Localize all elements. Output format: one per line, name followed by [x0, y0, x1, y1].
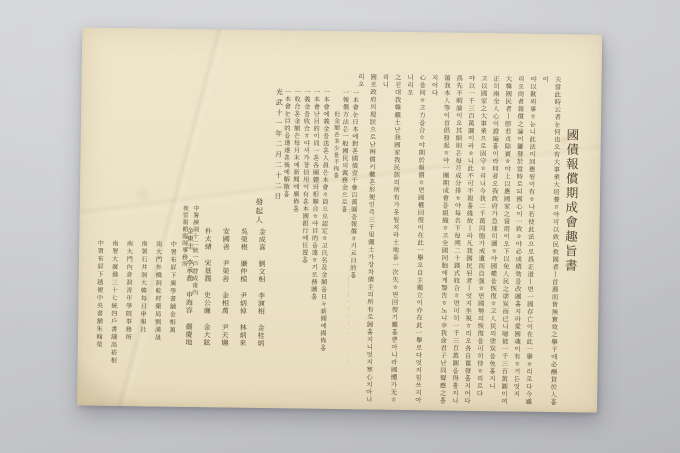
collection-office: 南大門內倉洞靑年學院事務所 [119, 240, 136, 404]
founder-name: 林炳來 [238, 324, 248, 351]
founder-column: 安國善尹榮善金相萬尹天爀 [220, 227, 232, 359]
founder-name: 尹炳倬 [238, 292, 248, 319]
collection-office: 南大門外橋洞乾材藥局劉漢晟 [148, 240, 165, 404]
founder-column: 吳榮根廉仲模尹炳倬林炳來 [238, 228, 250, 360]
collection-office: 南署大廣僑三十七統四戶書舖高裕相 [104, 240, 121, 404]
body-column: 夫當此時云者눈何也오有大事業大培養ㅎ야可以致民救國者ㅣ首薦而皆無實效之擧干에必酬… [534, 76, 563, 412]
founder-name: 史公廉 [202, 291, 212, 318]
founder-name: 金相萬 [220, 291, 230, 318]
founder-name: 金大鉉 [202, 323, 212, 350]
document-title: 國債報償期成會趣旨書 [561, 128, 581, 278]
resolution-items: 一本會눈日本에對혼國債壹千參百萬圓을報償ㅎ기로目的홈一報償方法은一般國民의義務金… [275, 88, 359, 397]
resolution-text: 一報償方法은一般國民의義務金으로홈 [340, 89, 349, 213]
founder-name: 廉仲模 [239, 260, 249, 287]
collection-office: 中署布屛下廣學書舖金相萬 [162, 241, 179, 405]
founder-name: 尹天爀 [220, 323, 230, 350]
body-text-columns: 夫當此時云者눈何也오有大事業大培養ㅎ야可以致民救國者ㅣ首薦而皆無實效之擧干에必酬… [347, 73, 564, 412]
body-column: 之진대我韓疆土난我國家我民族의所有가못될지라土地를一次失ㅎ면回復기難홀뿐아니라國… [375, 74, 404, 410]
body-column: 蕩我本人等이首倡發起ㅎ야一團期成會를組織ㅎ고全國同胞에게警告ㅎ노니幸我僉君子난同… [424, 74, 453, 410]
founder-name: 吳榮根 [239, 228, 249, 255]
founder-name: 劉文相 [257, 260, 267, 287]
founders-label: 發起人 [254, 198, 265, 228]
document-date: 光武十一年二月二十二日 [272, 88, 284, 240]
resolution-text: 一收合혼金額은每月末에新聞에廣佈홈 [292, 88, 301, 212]
collection-office-list: 中署布屛下廣學書舖金相萬南大門外橋洞乾材藥局劉漢晟南署石井洞大韓每日申報社南大門… [83, 240, 179, 405]
founder-column: 朴太緖宋基潤史公廉金大鉉 [202, 227, 214, 359]
collection-office: 南署石井洞大韓每日申報社 [133, 240, 150, 404]
collection-office: 中署布屛下越便中央書舖朱翰榮 [89, 240, 106, 404]
document-paper: 國債報償期成會趣旨書 夫當此時云者눈何也오有大事業大培養ㅎ야可以致民救國者ㅣ首薦… [77, 27, 602, 412]
founder-name: 安國善 [221, 227, 231, 254]
founder-name: 朴太緖 [203, 227, 213, 254]
founder-name: 金桂炳 [256, 324, 266, 351]
founder-name: 尹榮善 [221, 259, 231, 286]
body-column: 心을同ㅎ고力을合ㅎ야期於報償ㅎ면國權回復이在此一擧오自主獨立이亦在此一擧로다엇지… [399, 74, 428, 410]
founder-name: 宋基潤 [203, 259, 213, 286]
photo-backdrop: 國債報償期成會趣旨書 夫當此時云者눈何也오有大事業大培養ㅎ야可以致民救國者ㅣ首薦… [0, 0, 680, 453]
resolution-text: 一本會눈日本에對혼國債壹千參百萬圓을報償ㅎ기로目的홈 [349, 89, 359, 279]
founder-name: 李演相 [256, 292, 266, 319]
founder-name: 金成喜 [257, 228, 267, 255]
founder-column: 金成喜劉文相李演相金桂炳 [256, 228, 268, 360]
